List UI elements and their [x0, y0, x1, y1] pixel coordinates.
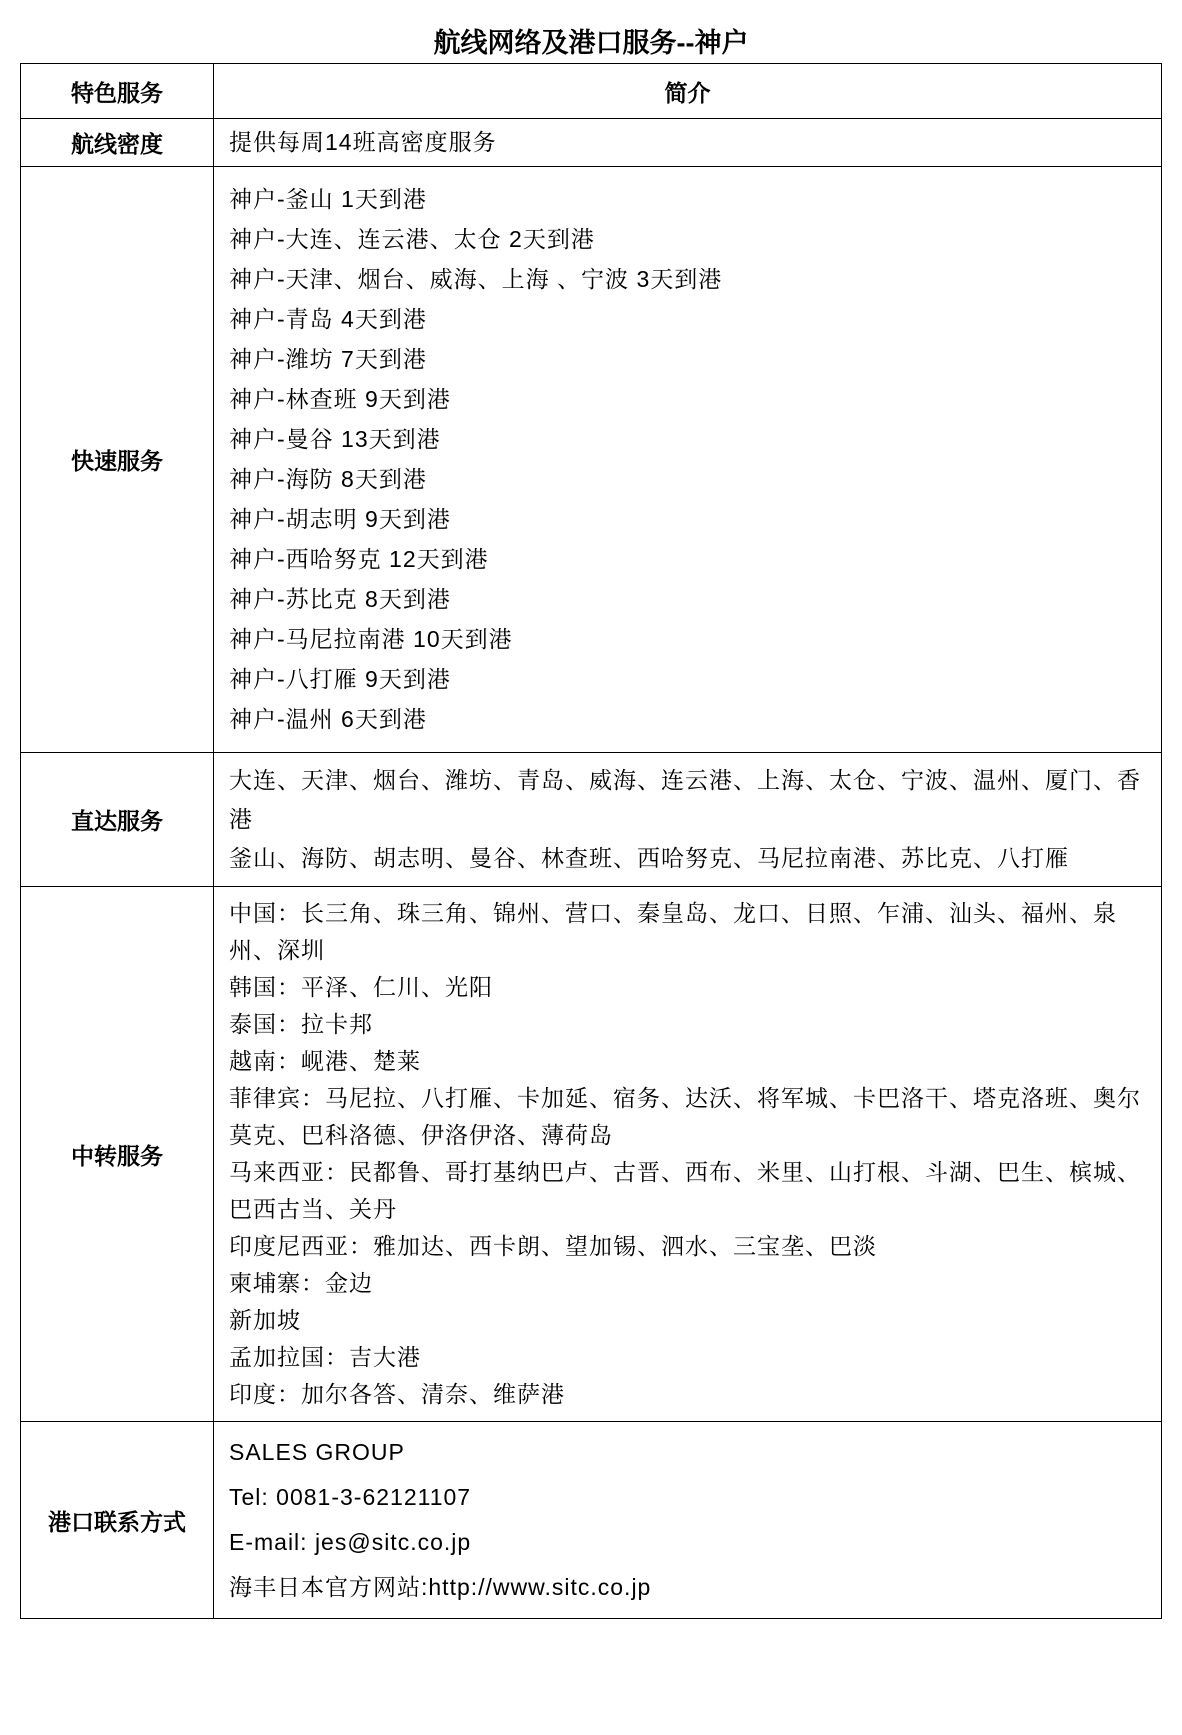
text-line: 印度尼西亚：雅加达、西卡朗、望加锡、泗水、三宝垄、巴淡 — [229, 1228, 1153, 1265]
header-intro: 简介 — [214, 64, 1162, 119]
service-label-cell: 航线密度 — [21, 119, 214, 167]
table-row: 中转服务中国：长三角、珠三角、锦州、营口、秦皇岛、龙口、日照、乍浦、汕头、福州、… — [21, 887, 1162, 1422]
text-line: 提供每周14班高密度服务 — [229, 127, 1153, 158]
service-content-cell: 神户-釜山 1天到港神户-大连、连云港、太仓 2天到港神户-天津、烟台、威海、上… — [214, 167, 1162, 753]
service-content-cell: SALES GROUPTel: 0081-3-62121107E-mail: j… — [214, 1422, 1162, 1619]
text-line: 神户-西哈努克 12天到港 — [229, 544, 1153, 575]
text-line: E-mail: jes@sitc.co.jp — [229, 1520, 1153, 1565]
text-line: Tel: 0081-3-62121107 — [229, 1475, 1153, 1520]
text-line: 神户-天津、烟台、威海、上海 、宁波 3天到港 — [229, 264, 1153, 295]
text-line: 马来西亚：民都鲁、哥打基纳巴卢、古晋、西布、米里、山打根、斗湖、巴生、槟城、巴西… — [229, 1154, 1153, 1228]
text-line: 神户-林查班 9天到港 — [229, 384, 1153, 415]
text-line: 神户-大连、连云港、太仓 2天到港 — [229, 224, 1153, 255]
service-label-cell: 中转服务 — [21, 887, 214, 1422]
text-line: 神户-釜山 1天到港 — [229, 184, 1153, 215]
page-title: 航线网络及港口服务--神户 — [0, 0, 1182, 63]
table-row: 直达服务大连、天津、烟台、潍坊、青岛、威海、连云港、上海、太仓、宁波、温州、厦门… — [21, 753, 1162, 887]
text-line: 神户-海防 8天到港 — [229, 464, 1153, 495]
table-row: 快速服务神户-釜山 1天到港神户-大连、连云港、太仓 2天到港神户-天津、烟台、… — [21, 167, 1162, 753]
text-line: 神户-苏比克 8天到港 — [229, 584, 1153, 615]
service-content-cell: 中国：长三角、珠三角、锦州、营口、秦皇岛、龙口、日照、乍浦、汕头、福州、泉州、深… — [214, 887, 1162, 1422]
text-line: 菲律宾：马尼拉、八打雁、卡加延、宿务、达沃、将军城、卡巴洛干、塔克洛班、奥尔莫克… — [229, 1080, 1153, 1154]
text-line: 中国：长三角、珠三角、锦州、营口、秦皇岛、龙口、日照、乍浦、汕头、福州、泉州、深… — [229, 895, 1153, 969]
table-row: 航线密度提供每周14班高密度服务 — [21, 119, 1162, 167]
text-line: 新加坡 — [229, 1302, 1153, 1339]
text-line: 神户-八打雁 9天到港 — [229, 664, 1153, 695]
text-line: 韩国：平泽、仁川、光阳 — [229, 969, 1153, 1006]
text-line: 神户-曼谷 13天到港 — [229, 424, 1153, 455]
service-content-cell: 大连、天津、烟台、潍坊、青岛、威海、连云港、上海、太仓、宁波、温州、厦门、香港釜… — [214, 753, 1162, 887]
service-label-cell: 直达服务 — [21, 753, 214, 887]
text-line: 神户-温州 6天到港 — [229, 704, 1153, 735]
service-label-cell: 港口联系方式 — [21, 1422, 214, 1619]
text-line: 柬埔寨：金边 — [229, 1265, 1153, 1302]
text-line: 孟加拉国：吉大港 — [229, 1339, 1153, 1376]
text-line: 神户-马尼拉南港 10天到港 — [229, 624, 1153, 655]
text-line: 神户-胡志明 9天到港 — [229, 504, 1153, 535]
service-label-cell: 快速服务 — [21, 167, 214, 753]
service-content-cell: 提供每周14班高密度服务 — [214, 119, 1162, 167]
text-line: SALES GROUP — [229, 1430, 1153, 1475]
table-row: 港口联系方式SALES GROUPTel: 0081-3-62121107E-m… — [21, 1422, 1162, 1619]
text-line: 大连、天津、烟台、潍坊、青岛、威海、连云港、上海、太仓、宁波、温州、厦门、香港 — [229, 761, 1153, 839]
header-feature-service: 特色服务 — [21, 64, 214, 119]
text-line: 神户-青岛 4天到港 — [229, 304, 1153, 335]
text-line: 泰国：拉卡邦 — [229, 1006, 1153, 1043]
service-table: 特色服务 简介 航线密度提供每周14班高密度服务快速服务神户-釜山 1天到港神户… — [20, 63, 1162, 1619]
text-line: 印度：加尔各答、清奈、维萨港 — [229, 1376, 1153, 1413]
table-header-row: 特色服务 简介 — [21, 64, 1162, 119]
text-line: 海丰日本官方网站:http://www.sitc.co.jp — [229, 1565, 1153, 1610]
text-line: 釜山、海防、胡志明、曼谷、林查班、西哈努克、马尼拉南港、苏比克、八打雁 — [229, 839, 1153, 878]
text-line: 越南：岘港、楚莱 — [229, 1043, 1153, 1080]
document-page: 航线网络及港口服务--神户 特色服务 简介 航线密度提供每周14班高密度服务快速… — [0, 0, 1182, 1735]
table-body: 航线密度提供每周14班高密度服务快速服务神户-釜山 1天到港神户-大连、连云港、… — [21, 119, 1162, 1619]
text-line: 神户-潍坊 7天到港 — [229, 344, 1153, 375]
